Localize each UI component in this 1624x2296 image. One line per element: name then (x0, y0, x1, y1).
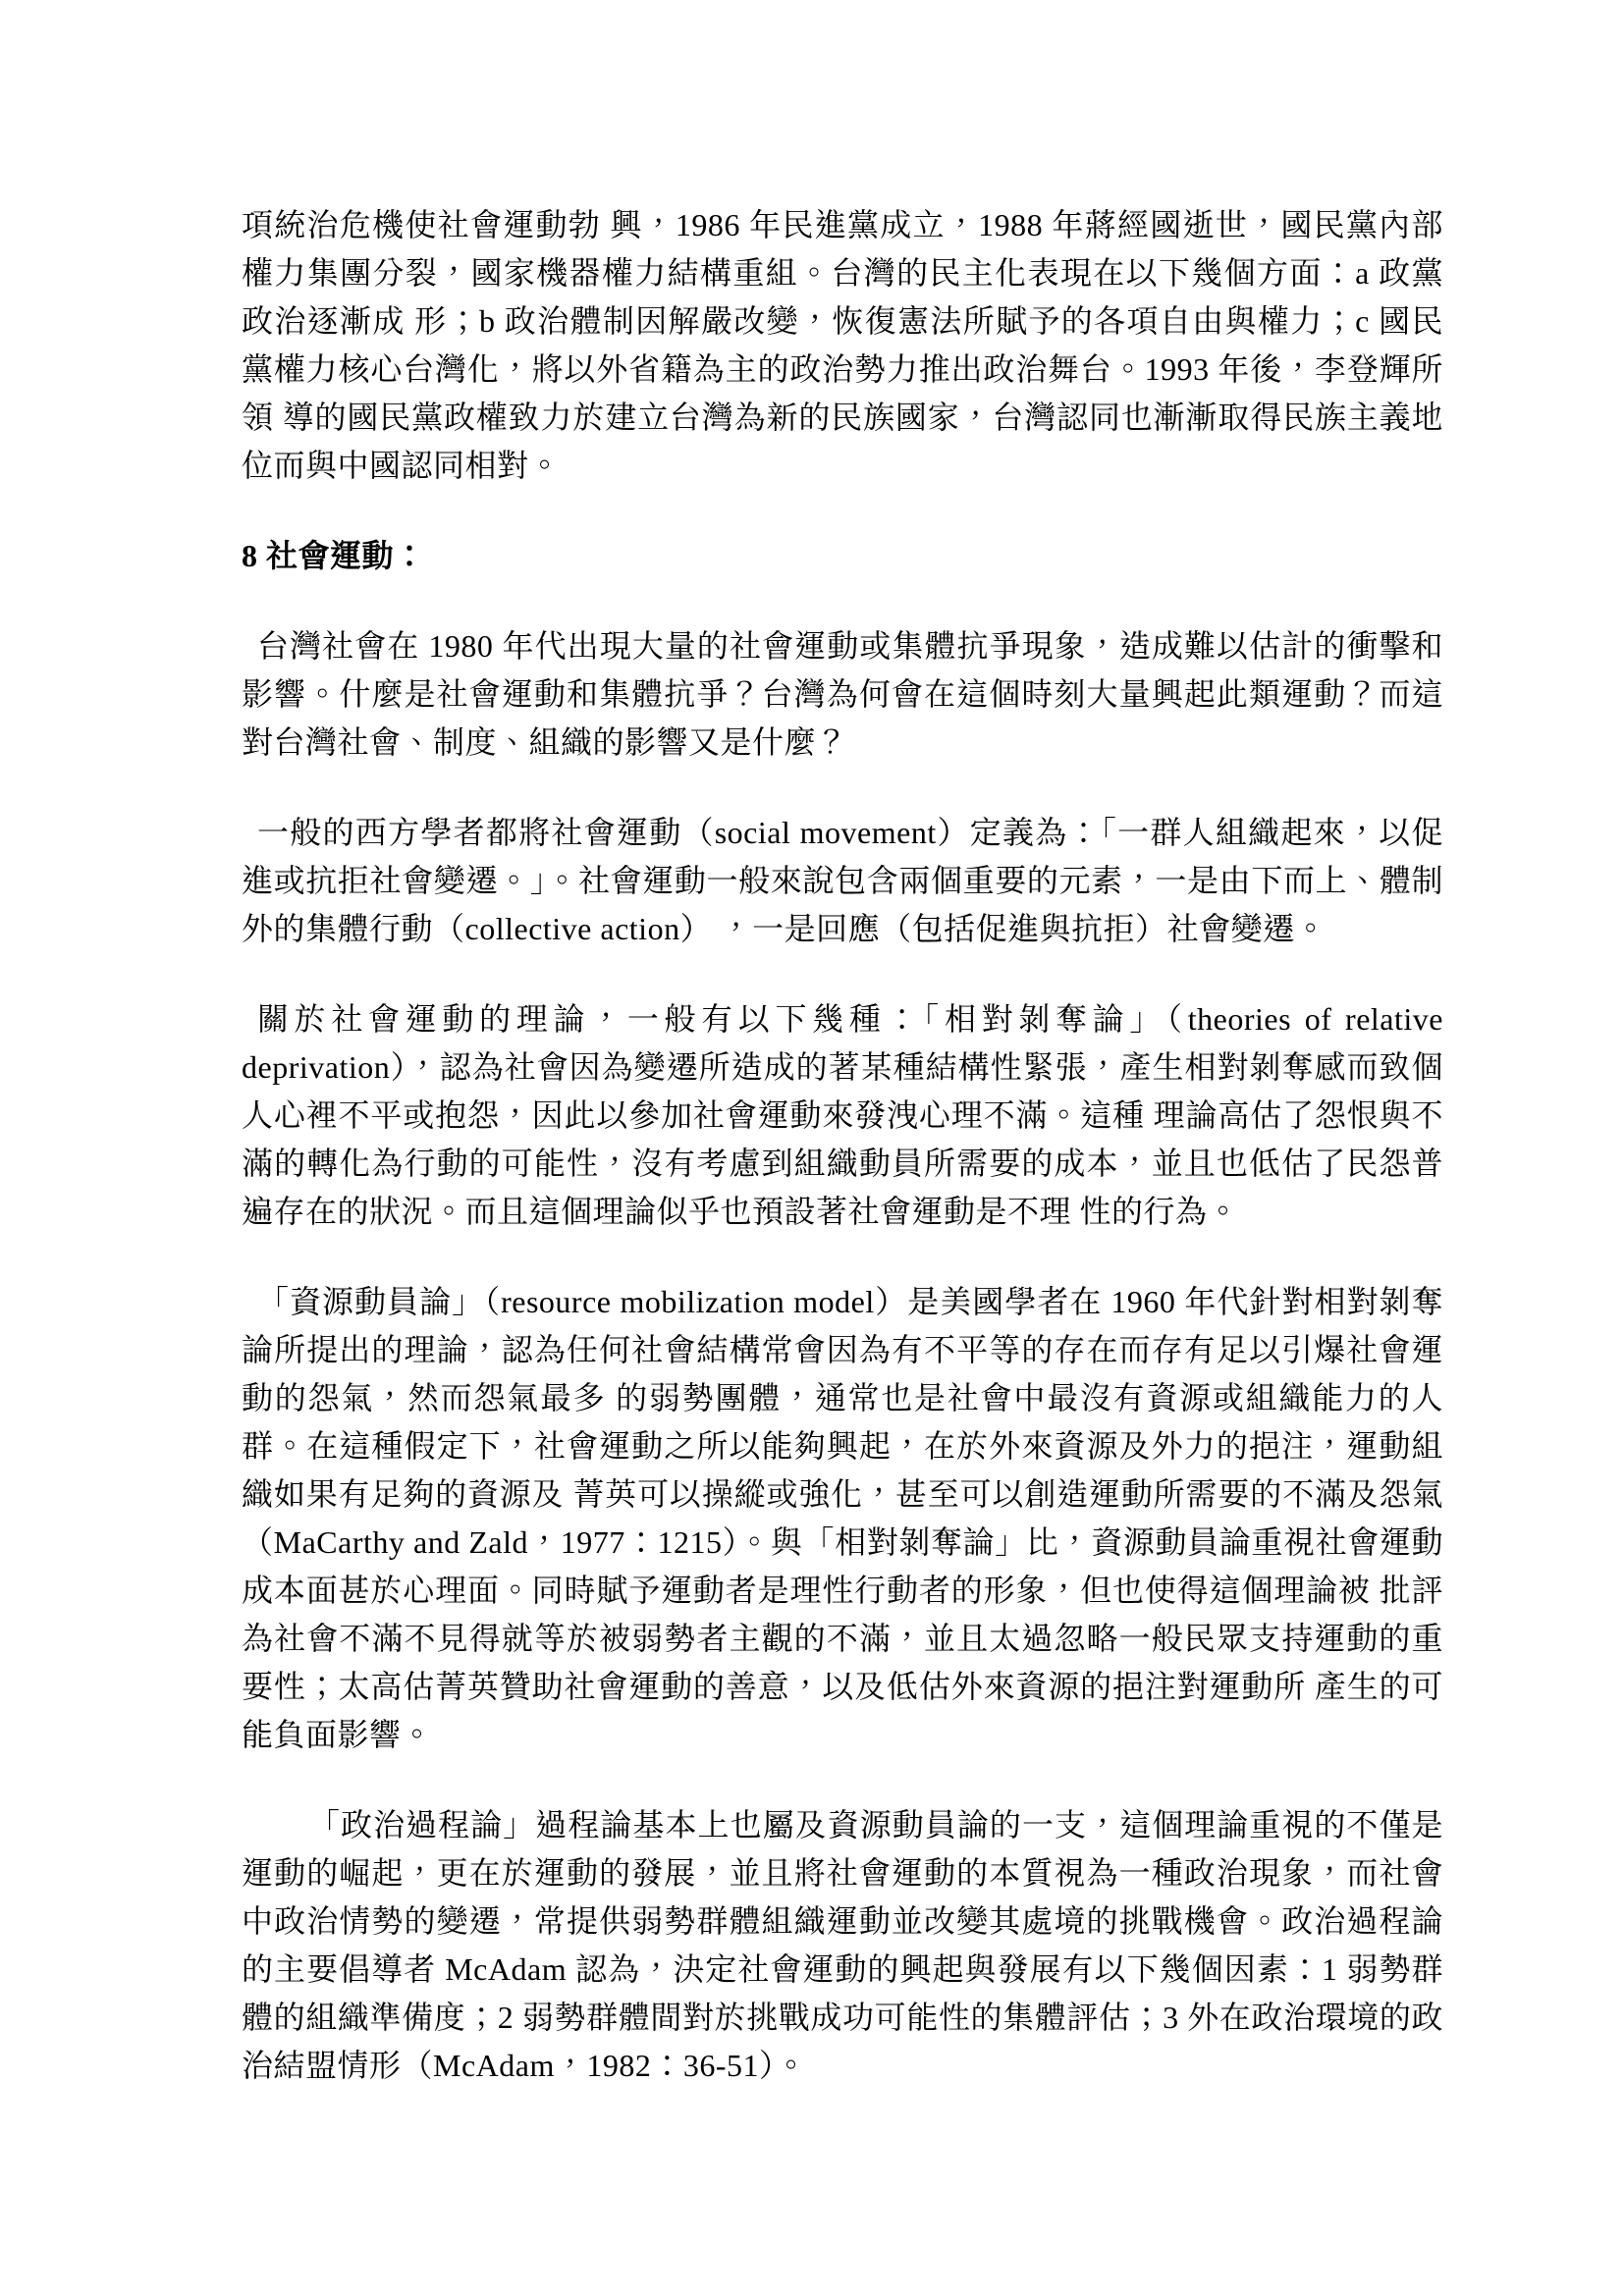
paragraph: 台灣社會在 1980 年代出現大量的社會運動或集體抗爭現象，造成難以估計的衝擊和… (242, 622, 1443, 767)
section-heading: 8 社會運動： (242, 532, 1443, 580)
paragraph: 關於社會運動的理論，一般有以下幾種：「相對剝奪論」（theories of re… (242, 995, 1443, 1236)
paragraph: 「資源動員論」（resource mobilization model）是美國學… (242, 1278, 1443, 1759)
document-page: 項統治危機使社會運動勃 興，1986 年民進黨成立，1988 年蔣經國逝世，國民… (0, 0, 1624, 2296)
paragraph: 項統治危機使社會運動勃 興，1986 年民進黨成立，1988 年蔣經國逝世，國民… (242, 201, 1443, 490)
paragraph: 「政治過程論」過程論基本上也屬及資源動員論的一支，這個理論重視的不僅是運動的崛起… (242, 1801, 1443, 2090)
document-body: 項統治危機使社會運動勃 興，1986 年民進黨成立，1988 年蔣經國逝世，國民… (242, 201, 1443, 2090)
paragraph: 一般的西方學者都將社會運動（social movement）定義為：「一群人組織… (242, 809, 1443, 953)
